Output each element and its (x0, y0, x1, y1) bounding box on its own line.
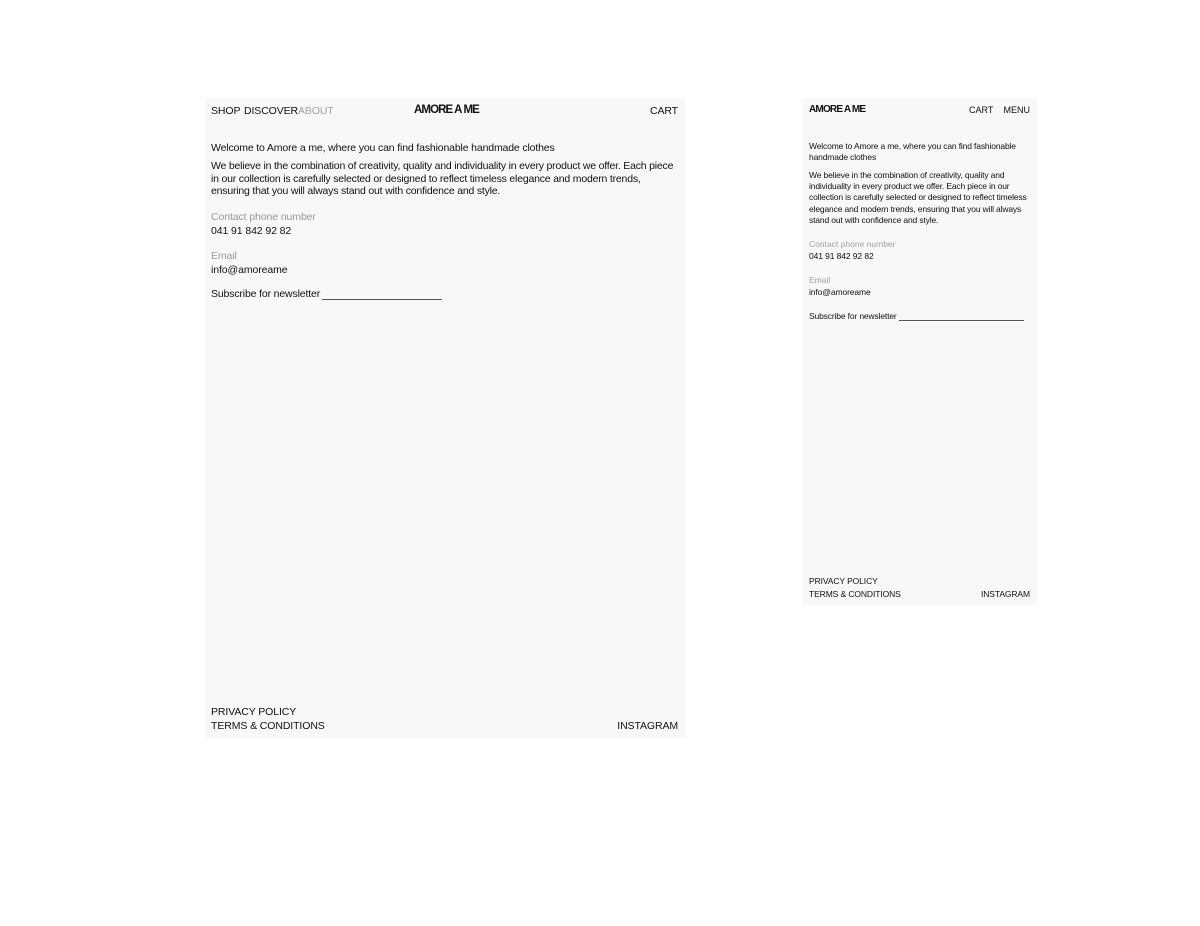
nav-shop[interactable]: SHOP (211, 105, 240, 117)
nav-cart[interactable]: CART (969, 105, 993, 115)
welcome-heading: Welcome to Amore a me, where you can fin… (211, 142, 555, 154)
desktop-page: SHOP DISCOVER ABOUT AMORE A ME CART Welc… (205, 98, 685, 738)
email-value: info@amoreame (211, 264, 287, 276)
newsletter-label: Subscribe for newsletter (809, 311, 897, 321)
privacy-policy-link[interactable]: PRIVACY POLICY (211, 706, 296, 718)
mobile-page: AMORE A ME CART MENU Welcome to Amore a … (802, 98, 1037, 605)
email-value: info@amoreame (809, 287, 871, 297)
nav-cart[interactable]: CART (650, 105, 678, 117)
phone-value: 041 91 842 92 82 (809, 251, 874, 261)
nav-discover[interactable]: DISCOVER (244, 105, 298, 117)
brand-logo[interactable]: AMORE A ME (414, 104, 479, 116)
privacy-policy-link[interactable]: PRIVACY POLICY (809, 576, 878, 586)
newsletter-input[interactable] (899, 312, 1024, 321)
nav-about[interactable]: ABOUT (298, 105, 334, 117)
terms-link[interactable]: TERMS & CONDITIONS (809, 589, 901, 599)
terms-link[interactable]: TERMS & CONDITIONS (211, 720, 325, 732)
newsletter-form: Subscribe for newsletter (211, 288, 442, 300)
email-label: Email (809, 275, 830, 285)
newsletter-input[interactable] (322, 289, 442, 300)
phone-label: Contact phone number (809, 239, 895, 249)
about-paragraph: We believe in the combination of creativ… (211, 160, 681, 198)
email-label: Email (211, 250, 237, 262)
instagram-link[interactable]: INSTAGRAM (617, 720, 678, 732)
newsletter-form: Subscribe for newsletter (809, 311, 1024, 321)
about-paragraph: We believe in the combination of creativ… (809, 170, 1033, 226)
menu-button[interactable]: MENU (1004, 105, 1031, 115)
welcome-heading: Welcome to Amore a me, where you can fin… (809, 141, 1033, 163)
instagram-link[interactable]: INSTAGRAM (981, 589, 1030, 599)
phone-value: 041 91 842 92 82 (211, 225, 291, 237)
phone-label: Contact phone number (211, 211, 316, 223)
brand-logo[interactable]: AMORE A ME (809, 104, 865, 115)
newsletter-label: Subscribe for newsletter (211, 288, 320, 300)
